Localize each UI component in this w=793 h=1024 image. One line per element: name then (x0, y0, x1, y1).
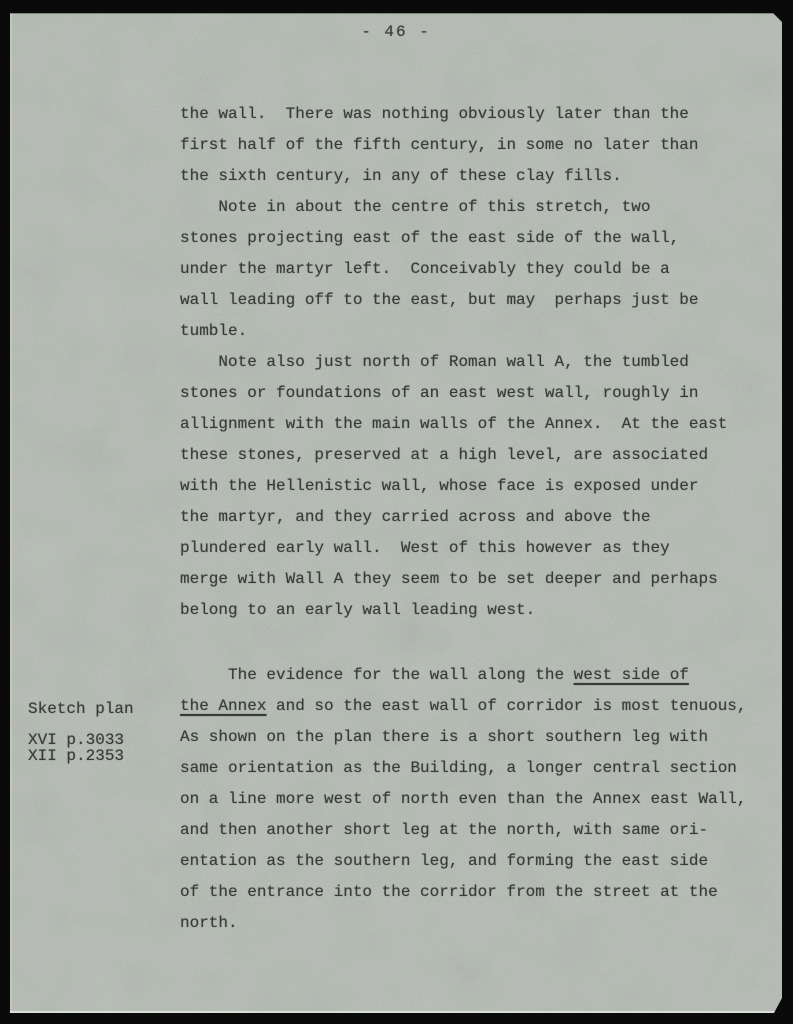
text-segment: same orientation as the Building, a long… (180, 759, 737, 777)
text-body: the wall. There was nothing obviously la… (180, 99, 760, 939)
margin-note-title: Sketch plan (28, 700, 178, 718)
scanned-page-background: - 46 - Sketch plan XVI p.3033XII p.2353 … (0, 0, 793, 1024)
text-line: on a line more west of north even than t… (180, 784, 760, 815)
text-segment: Note in about the centre of this stretch… (180, 198, 650, 216)
text-segment: and so the east wall of corridor is most… (266, 697, 746, 715)
text-segment: the sixth century, in any of these clay … (180, 167, 622, 185)
text-segment: As shown on the plan there is a short so… (180, 728, 708, 746)
text-segment: with the Hellenistic wall, whose face is… (180, 477, 698, 495)
text-segment: these stones, preserved at a high level,… (180, 446, 708, 464)
text-segment: of the entrance into the corridor from t… (180, 883, 718, 901)
text-segment: The evidence for the wall along the (180, 666, 574, 684)
text-line: The evidence for the wall along the west… (180, 660, 760, 691)
text-line: first half of the fifth century, in some… (180, 130, 760, 161)
text-segment: wall leading off to the east, but may pe… (180, 291, 698, 309)
text-line: same orientation as the Building, a long… (180, 753, 760, 784)
text-segment: and then another short leg at the north,… (180, 821, 708, 839)
text-line: Note also just north of Roman wall A, th… (180, 347, 760, 378)
text-line: Note in about the centre of this stretch… (180, 192, 760, 223)
text-segment: allignment with the main walls of the An… (180, 415, 727, 433)
margin-refs: XVI p.3033XII p.2353 (28, 732, 178, 764)
text-line: entation as the southern leg, and formin… (180, 846, 760, 877)
text-segment: first half of the fifth century, in some… (180, 136, 698, 154)
text-segment: belong to an early wall leading west. (180, 601, 535, 619)
text-segment: plundered early wall. West of this howev… (180, 539, 670, 557)
text-segment: stones or foundations of an east west wa… (180, 384, 698, 402)
underlined-text: the Annex (180, 697, 266, 715)
text-segment: north. (180, 914, 238, 932)
text-line: wall leading off to the east, but may pe… (180, 285, 760, 316)
text-line: merge with Wall A they seem to be set de… (180, 564, 760, 595)
text-line: with the Hellenistic wall, whose face is… (180, 471, 760, 502)
text-line: the Annex and so the east wall of corrid… (180, 691, 760, 722)
text-line: and then another short leg at the north,… (180, 815, 760, 846)
text-line: belong to an early wall leading west. (180, 595, 760, 626)
text-line: these stones, preserved at a high level,… (180, 440, 760, 471)
text-segment: tumble. (180, 322, 247, 340)
text-segment: on a line more west of north even than t… (180, 790, 747, 808)
paragraph-1: the wall. There was nothing obviously la… (180, 99, 760, 192)
text-line: tumble. (180, 316, 760, 347)
page-number: - 46 - (10, 23, 782, 41)
document-page: - 46 - Sketch plan XVI p.3033XII p.2353 … (10, 13, 782, 1013)
paragraph-3: Note also just north of Roman wall A, th… (180, 347, 760, 626)
text-line: of the entrance into the corridor from t… (180, 877, 760, 908)
margin-ref: XII p.2353 (28, 748, 178, 764)
text-line: the martyr, and they carried across and … (180, 502, 760, 533)
paragraph-4: The evidence for the wall along the west… (180, 660, 760, 939)
text-segment: the martyr, and they carried across and … (180, 508, 650, 526)
page-content: - 46 - Sketch plan XVI p.3033XII p.2353 … (10, 13, 782, 1013)
text-segment: the wall. There was nothing obviously la… (180, 105, 689, 123)
text-segment: entation as the southern leg, and formin… (180, 852, 708, 870)
text-line: under the martyr left. Conceivably they … (180, 254, 760, 285)
text-segment: merge with Wall A they seem to be set de… (180, 570, 718, 588)
text-line: stones or foundations of an east west wa… (180, 378, 760, 409)
text-segment: under the martyr left. Conceivably they … (180, 260, 670, 278)
underlined-text: west side of (574, 666, 689, 684)
text-line: plundered early wall. West of this howev… (180, 533, 760, 564)
text-line: north. (180, 908, 760, 939)
text-line: the sixth century, in any of these clay … (180, 161, 760, 192)
margin-ref: XVI p.3033 (28, 732, 178, 748)
text-line: allignment with the main walls of the An… (180, 409, 760, 440)
text-segment: stones projecting east of the east side … (180, 229, 679, 247)
text-line: As shown on the plan there is a short so… (180, 722, 760, 753)
paragraph-2: Note in about the centre of this stretch… (180, 192, 760, 347)
text-segment: Note also just north of Roman wall A, th… (180, 353, 689, 371)
text-line: the wall. There was nothing obviously la… (180, 99, 760, 130)
margin-note-block: Sketch plan XVI p.3033XII p.2353 (28, 700, 178, 764)
text-line: stones projecting east of the east side … (180, 223, 760, 254)
